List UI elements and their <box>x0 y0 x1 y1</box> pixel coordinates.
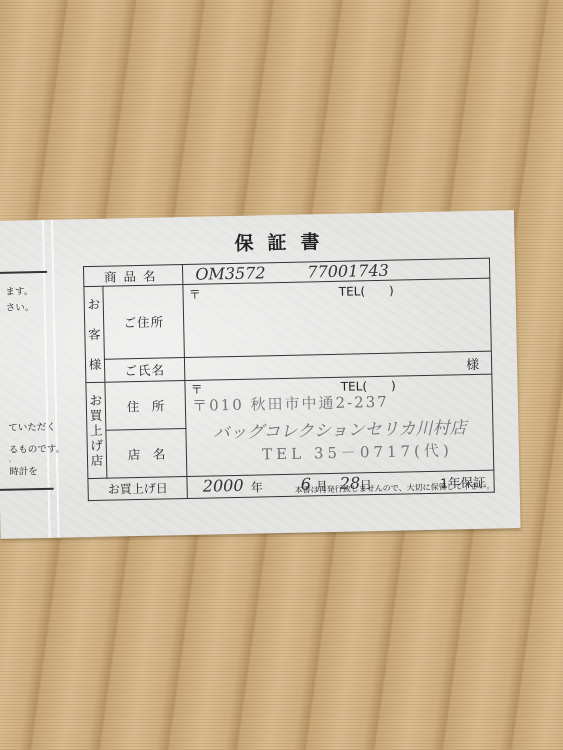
store-address-label: 住 所 <box>105 381 186 431</box>
store-group-label: お買上げ店 <box>86 382 107 478</box>
store-stamp-tel: TEL 35－0717(代) <box>262 439 453 464</box>
product-label: 商品名 <box>83 265 183 287</box>
store-name-label: 店 名 <box>106 429 187 479</box>
flap-text: ます。 <box>5 283 33 298</box>
store-address-row: お買上げ店 住 所 〒 TEL( ) 〒010 秋田市中通2-237 バッグコレ… <box>86 374 493 430</box>
customer-tel-label: TEL( ) <box>339 282 394 300</box>
honorific: 様 <box>466 357 479 372</box>
warranty-form: 商品名 OM3572 77001743 お客様 ご住所 〒 TEL( ) ご氏名… <box>83 258 495 501</box>
fold-line <box>51 220 60 538</box>
customer-address-field[interactable]: 〒 TEL( ) <box>183 278 491 357</box>
flap-text: 時計を <box>9 463 38 478</box>
flap-text: るものです。 <box>9 441 66 456</box>
flap-divider <box>0 271 47 274</box>
flap-text: ていただく <box>8 419 56 434</box>
customer-group-label: お客様 <box>84 286 105 382</box>
flap-text: 。 <box>9 455 15 464</box>
product-model: OM3572 <box>195 263 266 283</box>
fold-line <box>42 220 51 538</box>
store-stamp-name: バッグコレクションセリカ川村店 <box>212 413 466 443</box>
warranty-card: ます。 さい。 ていただく るものです。 。 時計を 保証書 商品名 OM357… <box>0 210 521 539</box>
customer-address-row: お客様 ご住所 〒 TEL( ) <box>84 278 491 359</box>
store-stamp-address: 〒010 秋田市中通2-237 <box>192 391 389 416</box>
customer-address-label: ご住所 <box>103 285 185 360</box>
postal-mark: 〒 <box>189 286 201 303</box>
purchase-year: 2000 <box>203 476 244 496</box>
purchase-date-label: お買上げ日 <box>88 477 188 501</box>
product-serial: 77001743 <box>307 261 389 282</box>
customer-name-label: ご氏名 <box>104 358 185 383</box>
flap-text: さい。 <box>6 299 35 314</box>
document-title: 保証書 <box>234 227 334 256</box>
store-field[interactable]: 〒 TEL( ) 〒010 秋田市中通2-237 バッグコレクションセリカ川村店… <box>185 374 494 476</box>
year-unit: 年 <box>251 478 263 495</box>
flap-divider <box>0 488 54 491</box>
